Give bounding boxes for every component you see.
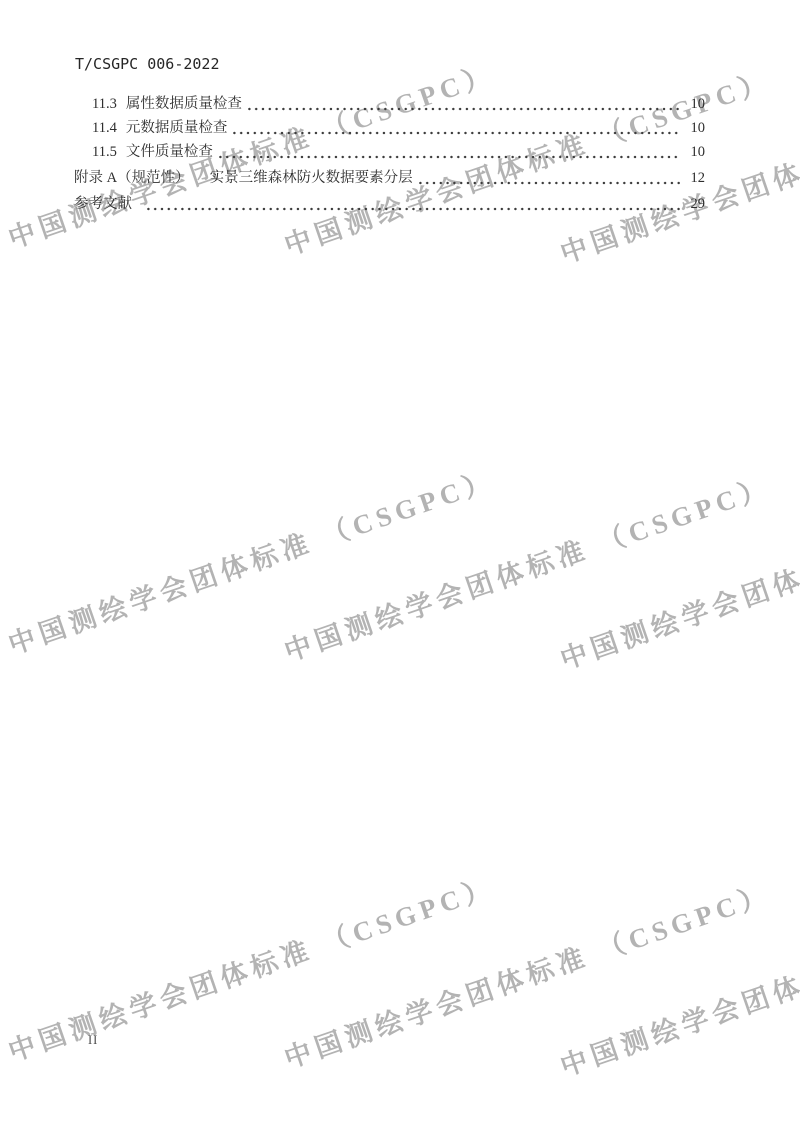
toc-entry-title: 属性数据质量检查 xyxy=(126,95,242,113)
toc-row: 附录 A（规范性） 实景三维森林防火数据要素分层 12 xyxy=(74,163,705,187)
toc-entry-number: 11.5 xyxy=(92,143,117,161)
toc-entry-page: 10 xyxy=(685,119,705,137)
watermark-stamp: 中国测绘学会团体标准 （CSGPC） xyxy=(5,874,498,1066)
toc-entry-page: 10 xyxy=(685,95,705,113)
page-number-footer: II xyxy=(88,1033,98,1048)
toc-entry-page: 29 xyxy=(685,195,705,213)
toc-entry-number: 参考文献 xyxy=(74,195,132,213)
toc-entry-title: 文件质量检查 xyxy=(126,143,213,161)
toc-row: 11.5 文件质量检查 10 xyxy=(74,137,705,161)
document-number-header: T/CSGPC 006-2022 xyxy=(75,56,220,73)
table-of-contents: 11.3 属性数据质量检查 10 11.4 元数据质量检查 10 11.5 文件… xyxy=(74,89,705,213)
watermark-stamp: 中国测绘学会团体标准 （CSGPC） xyxy=(5,467,498,659)
dot-leader xyxy=(248,107,680,111)
toc-entry-title: 元数据质量检查 xyxy=(126,119,228,137)
dot-leader xyxy=(419,181,680,185)
toc-row: 11.3 属性数据质量检查 10 xyxy=(74,89,705,113)
toc-entry-title: 实景三维森林防火数据要素分层 xyxy=(210,169,413,187)
toc-entry-number: 11.3 xyxy=(92,95,117,113)
document-page: 中国测绘学会团体标准 （CSGPC） 中国测绘学会团体标准 （CSGPC） 中国… xyxy=(0,0,800,1131)
watermark-stamp: 中国测绘学会团体标准 （CSGPC） xyxy=(557,482,800,674)
dot-leader xyxy=(233,131,680,135)
watermark-stamp: 中国测绘学会团体标准 （CSGPC） xyxy=(557,889,800,1081)
toc-entry-number: 附录 A（规范性） xyxy=(74,169,190,187)
dot-leader xyxy=(219,155,680,159)
watermark-stamp: 中国测绘学会团体标准 （CSGPC） xyxy=(281,881,774,1073)
toc-row: 11.4 元数据质量检查 10 xyxy=(74,113,705,137)
toc-entry-page: 12 xyxy=(685,169,705,187)
toc-entry-page: 10 xyxy=(685,143,705,161)
toc-entry-number: 11.4 xyxy=(92,119,117,137)
toc-row: 参考文献 29 xyxy=(74,189,705,213)
dot-leader xyxy=(147,207,680,211)
watermark-stamp: 中国测绘学会团体标准 （CSGPC） xyxy=(281,474,774,666)
